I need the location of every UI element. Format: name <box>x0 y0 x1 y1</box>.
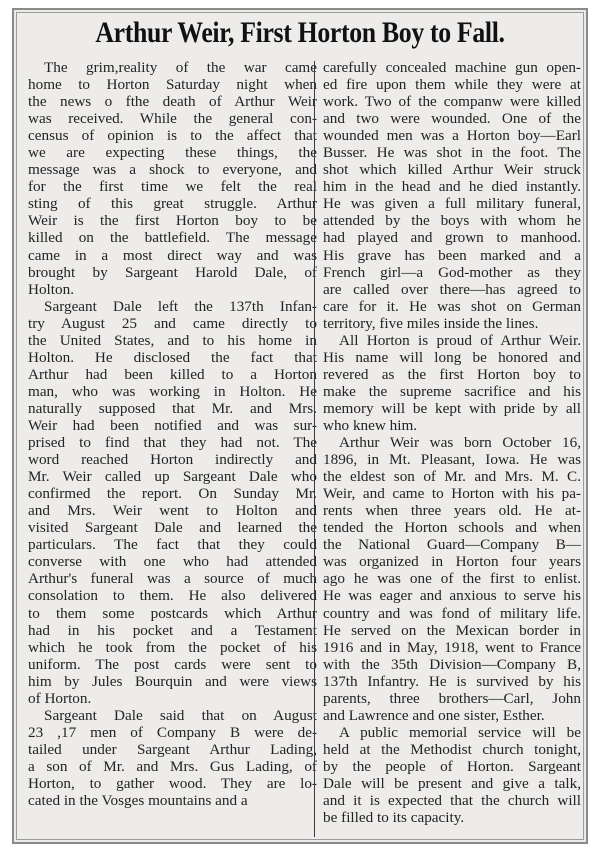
text-line: word reached Horton indirectly and <box>28 451 317 468</box>
text-line: work. Two of the companw were killed <box>323 93 581 110</box>
text-line: by the people of Horton. Sargeant <box>323 758 581 775</box>
text-line: confirmed the report. On Sunday Mr. <box>28 485 317 502</box>
paragraph: Arthur Weir was born October 16,1896, in… <box>323 434 581 724</box>
text-line: Mr. Weir called up Sargeant Dale who <box>28 468 317 485</box>
text-line: A public memorial service will be <box>323 724 581 741</box>
text-line: to them some postcards which Arthur <box>28 605 317 622</box>
text-line: Dale will be present and give a talk, <box>323 775 581 792</box>
text-line: ed fire upon them while they were at <box>323 76 581 93</box>
text-line: He served on the Mexican border in <box>323 622 581 639</box>
text-line: His name will long be honored and <box>323 349 581 366</box>
text-line: His grave has been marked and a <box>323 247 581 264</box>
text-line: and it is expected that the church will <box>323 792 581 809</box>
paragraph: The grim,reality of the war camehome to … <box>28 59 317 298</box>
paragraph: Sargeant Dale said that on August23 ,17 … <box>28 707 317 809</box>
paragraph: All Horton is proud of Arthur Weir.His n… <box>323 332 581 434</box>
text-line: Busser. He was shot in the foot. The <box>323 144 581 161</box>
text-line: Holton. He disclosed the fact that <box>28 349 317 366</box>
text-line: the United States, and to his home in <box>28 332 317 349</box>
text-line: attended by the boys with whom he <box>323 212 581 229</box>
text-line: Horton, to gather wood. They are lo- <box>28 775 317 792</box>
text-line: be filled to its capacity. <box>323 809 581 826</box>
text-line: we are expecting these things, the <box>28 144 317 161</box>
text-line: killed on the battlefield. The message <box>28 229 317 246</box>
text-line: ago he was one of the first to enlist. <box>323 570 581 587</box>
text-line: shot which killed Arthur Weir struck <box>323 161 581 178</box>
text-line: All Horton is proud of Arthur Weir. <box>323 332 581 349</box>
text-line: Arthur's funeral was a source of much <box>28 570 317 587</box>
text-line: was received. While the general con- <box>28 110 317 127</box>
text-line: French girl—a God-mother as they <box>323 264 581 281</box>
text-line: had played and grown to manhood. <box>323 229 581 246</box>
text-line: country and was fond of military life. <box>323 605 581 622</box>
text-line: converse with one who had attended <box>28 553 317 570</box>
text-line: brought by Sargeant Harold Dale, of <box>28 264 317 281</box>
right-column: carefully concealed machine gun open-ed … <box>323 59 581 826</box>
text-line: cated in the Vosges mountains and a <box>28 792 317 809</box>
text-line: him by Jules Bourquin and were views <box>28 673 317 690</box>
text-line: came in a most direct way and was <box>28 247 317 264</box>
text-line: particulars. The fact that they could <box>28 536 317 553</box>
text-line: message was a shock to everyone, and <box>28 161 317 178</box>
text-line: had in his pocket and a Testament <box>28 622 317 639</box>
text-line: Weir had been notified and was sur- <box>28 417 317 434</box>
text-line: which he took from the pocket of his <box>28 639 317 656</box>
text-line: home to Horton Saturday night when <box>28 76 317 93</box>
text-line: a son of Mr. and Mrs. Gus Lading, of <box>28 758 317 775</box>
text-line: man, who was working in Holton. He <box>28 383 317 400</box>
column-divider <box>314 61 315 837</box>
text-line: 23 ,17 men of Company B were de- <box>28 724 317 741</box>
text-line: memory will be kept with pride by all <box>323 400 581 417</box>
text-line: are called over there—has agreed to <box>323 281 581 298</box>
text-line: prised to find that they had not. The <box>28 434 317 451</box>
paragraph: Sargeant Dale left the 137th Infan-try A… <box>28 298 317 707</box>
text-line: him in the head and he died instantly. <box>323 178 581 195</box>
text-line: 137th Infantry. He is survived by his <box>323 673 581 690</box>
text-line: and Mrs. Weir went to Holton and <box>28 502 317 519</box>
paragraph: carefully concealed machine gun open-ed … <box>323 59 581 332</box>
newspaper-clipping: Arthur Weir, First Horton Boy to Fall. T… <box>12 8 588 844</box>
text-line: try August 25 and came directly to <box>28 315 317 332</box>
text-line: was organized in Horton four years <box>323 553 581 570</box>
text-line: uniform. The post cards were sent to <box>28 656 317 673</box>
text-line: Sargeant Dale said that on August <box>28 707 317 724</box>
text-line: parents, three brothers—Carl, John <box>323 690 581 707</box>
text-line: the eldest son of Mr. and Mrs. M. C. <box>323 468 581 485</box>
text-line: He was eager and anxious to serve his <box>323 587 581 604</box>
text-line: tended the Horton schools and when <box>323 519 581 536</box>
text-line: census of opinion is to the affect that <box>28 127 317 144</box>
text-line: territory, five miles inside the lines. <box>323 315 581 332</box>
text-line: Weir, and came to Horton with his pa- <box>323 485 581 502</box>
text-line: Arthur Weir was born October 16, <box>323 434 581 451</box>
clipping-inner-frame: Arthur Weir, First Horton Boy to Fall. T… <box>16 12 584 840</box>
text-line: visited Sargeant Dale and learned the <box>28 519 317 536</box>
text-line: revered as the first Horton boy to <box>323 366 581 383</box>
text-line: The grim,reality of the war came <box>28 59 317 76</box>
text-line: naturally supposed that Mr. and Mrs. <box>28 400 317 417</box>
text-line: carefully concealed machine gun open- <box>323 59 581 76</box>
text-line: Arthur had been killed to a Horton <box>28 366 317 383</box>
left-column: The grim,reality of the war camehome to … <box>28 59 317 809</box>
text-line: held at the Methodist church tonight, <box>323 741 581 758</box>
text-line: Weir is the first Horton boy to be <box>28 212 317 229</box>
text-line: and two were wounded. One of the <box>323 110 581 127</box>
text-line: the news o fthe death of Arthur Weir <box>28 93 317 110</box>
text-line: with the 35th Division—Company B, <box>323 656 581 673</box>
text-line: who knew him. <box>323 417 581 434</box>
text-line: 1896, in Mt. Pleasant, Iowa. He was <box>323 451 581 468</box>
text-line: for the first time we felt the real <box>28 178 317 195</box>
text-line: 1916 and in May, 1918, went to France <box>323 639 581 656</box>
text-line: Holton. <box>28 281 317 298</box>
text-line: consolation to them. He also delivered <box>28 587 317 604</box>
text-line: tailed under Sargeant Arthur Lading, <box>28 741 317 758</box>
text-line: wounded men was a Horton boy—Earl <box>323 127 581 144</box>
text-line: the National Guard—Company B— <box>323 536 581 553</box>
text-line: and Lawrence and one sister, Esther. <box>323 707 581 724</box>
text-line: rents when three years old. He at- <box>323 502 581 519</box>
text-line: care for it. He was shot on German <box>323 298 581 315</box>
text-line: sting of this great struggle. Arthur <box>28 195 317 212</box>
headline: Arthur Weir, First Horton Boy to Fall. <box>57 16 544 50</box>
text-line: He was given a full military funeral, <box>323 195 581 212</box>
text-line: Sargeant Dale left the 137th Infan- <box>28 298 317 315</box>
text-line: make the supreme sacrifice and his <box>323 383 581 400</box>
paragraph: A public memorial service will beheld at… <box>323 724 581 826</box>
text-line: of Horton. <box>28 690 317 707</box>
